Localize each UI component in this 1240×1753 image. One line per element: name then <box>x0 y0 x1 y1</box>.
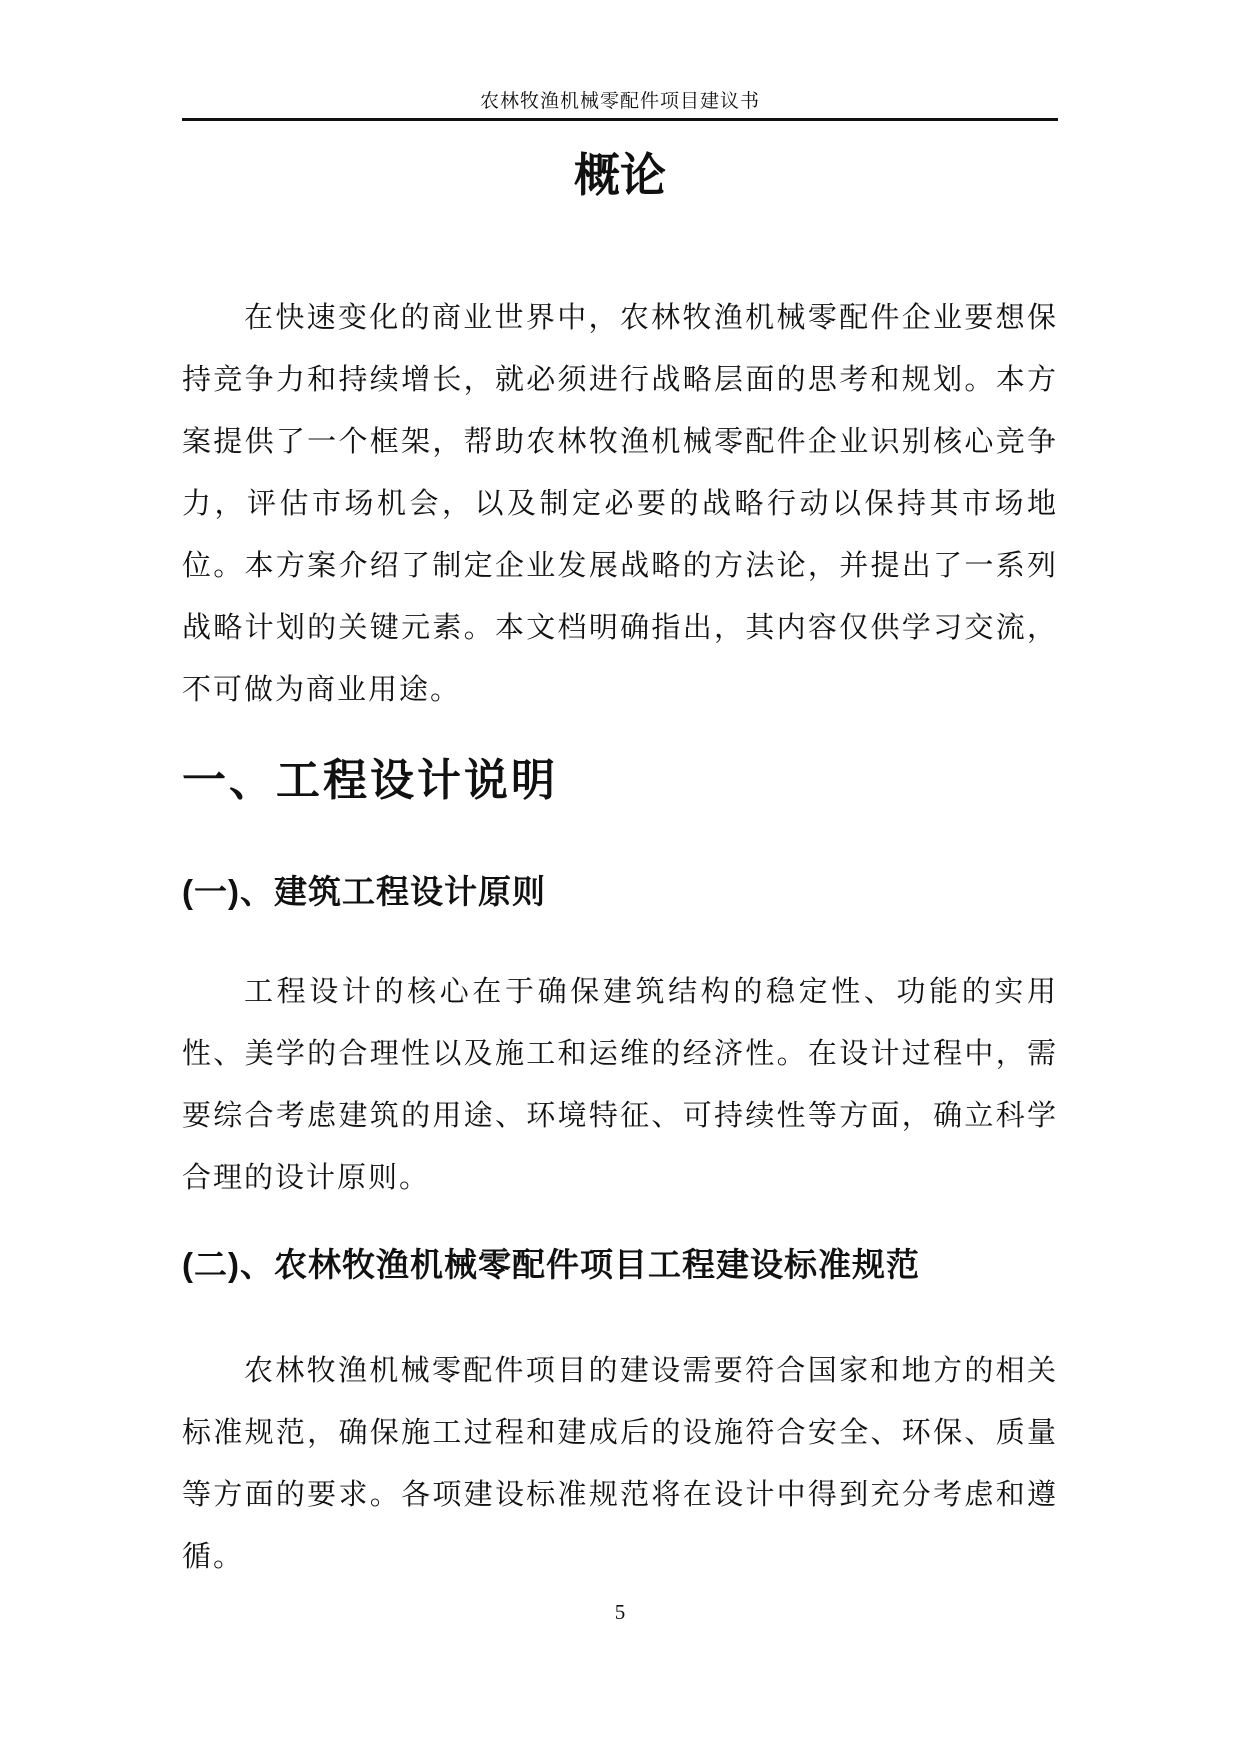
page-number: 5 <box>182 1600 1058 1625</box>
intro-paragraph: 在快速变化的商业世界中，农林牧渔机械零配件企业要想保持竞争力和持续增长，就必须进… <box>182 287 1058 721</box>
design-principles-paragraph: 工程设计的核心在于确保建筑结构的稳定性、功能的实用性、美学的合理性以及施工和运维… <box>182 961 1058 1209</box>
section-heading-engineering-design: 一、工程设计说明 <box>182 752 1058 810</box>
subsection-heading-design-principles: (一)、建筑工程设计原则 <box>182 870 1058 914</box>
subsection-heading-construction-standards: (二)、农林牧渔机械零配件项目工程建设标准规范 <box>182 1243 1058 1287</box>
page-header: 农林牧渔机械零配件项目建议书 <box>182 86 1058 121</box>
document-title: 概论 <box>182 148 1058 202</box>
document-page: 农林牧渔机械零配件项目建议书 概论 在快速变化的商业世界中，农林牧渔机械零配件企… <box>0 0 1240 1753</box>
page-header-title: 农林牧渔机械零配件项目建议书 <box>480 91 760 112</box>
construction-standards-paragraph: 农林牧渔机械零配件项目的建设需要符合国家和地方的相关标准规范，确保施工过程和建成… <box>182 1340 1058 1588</box>
